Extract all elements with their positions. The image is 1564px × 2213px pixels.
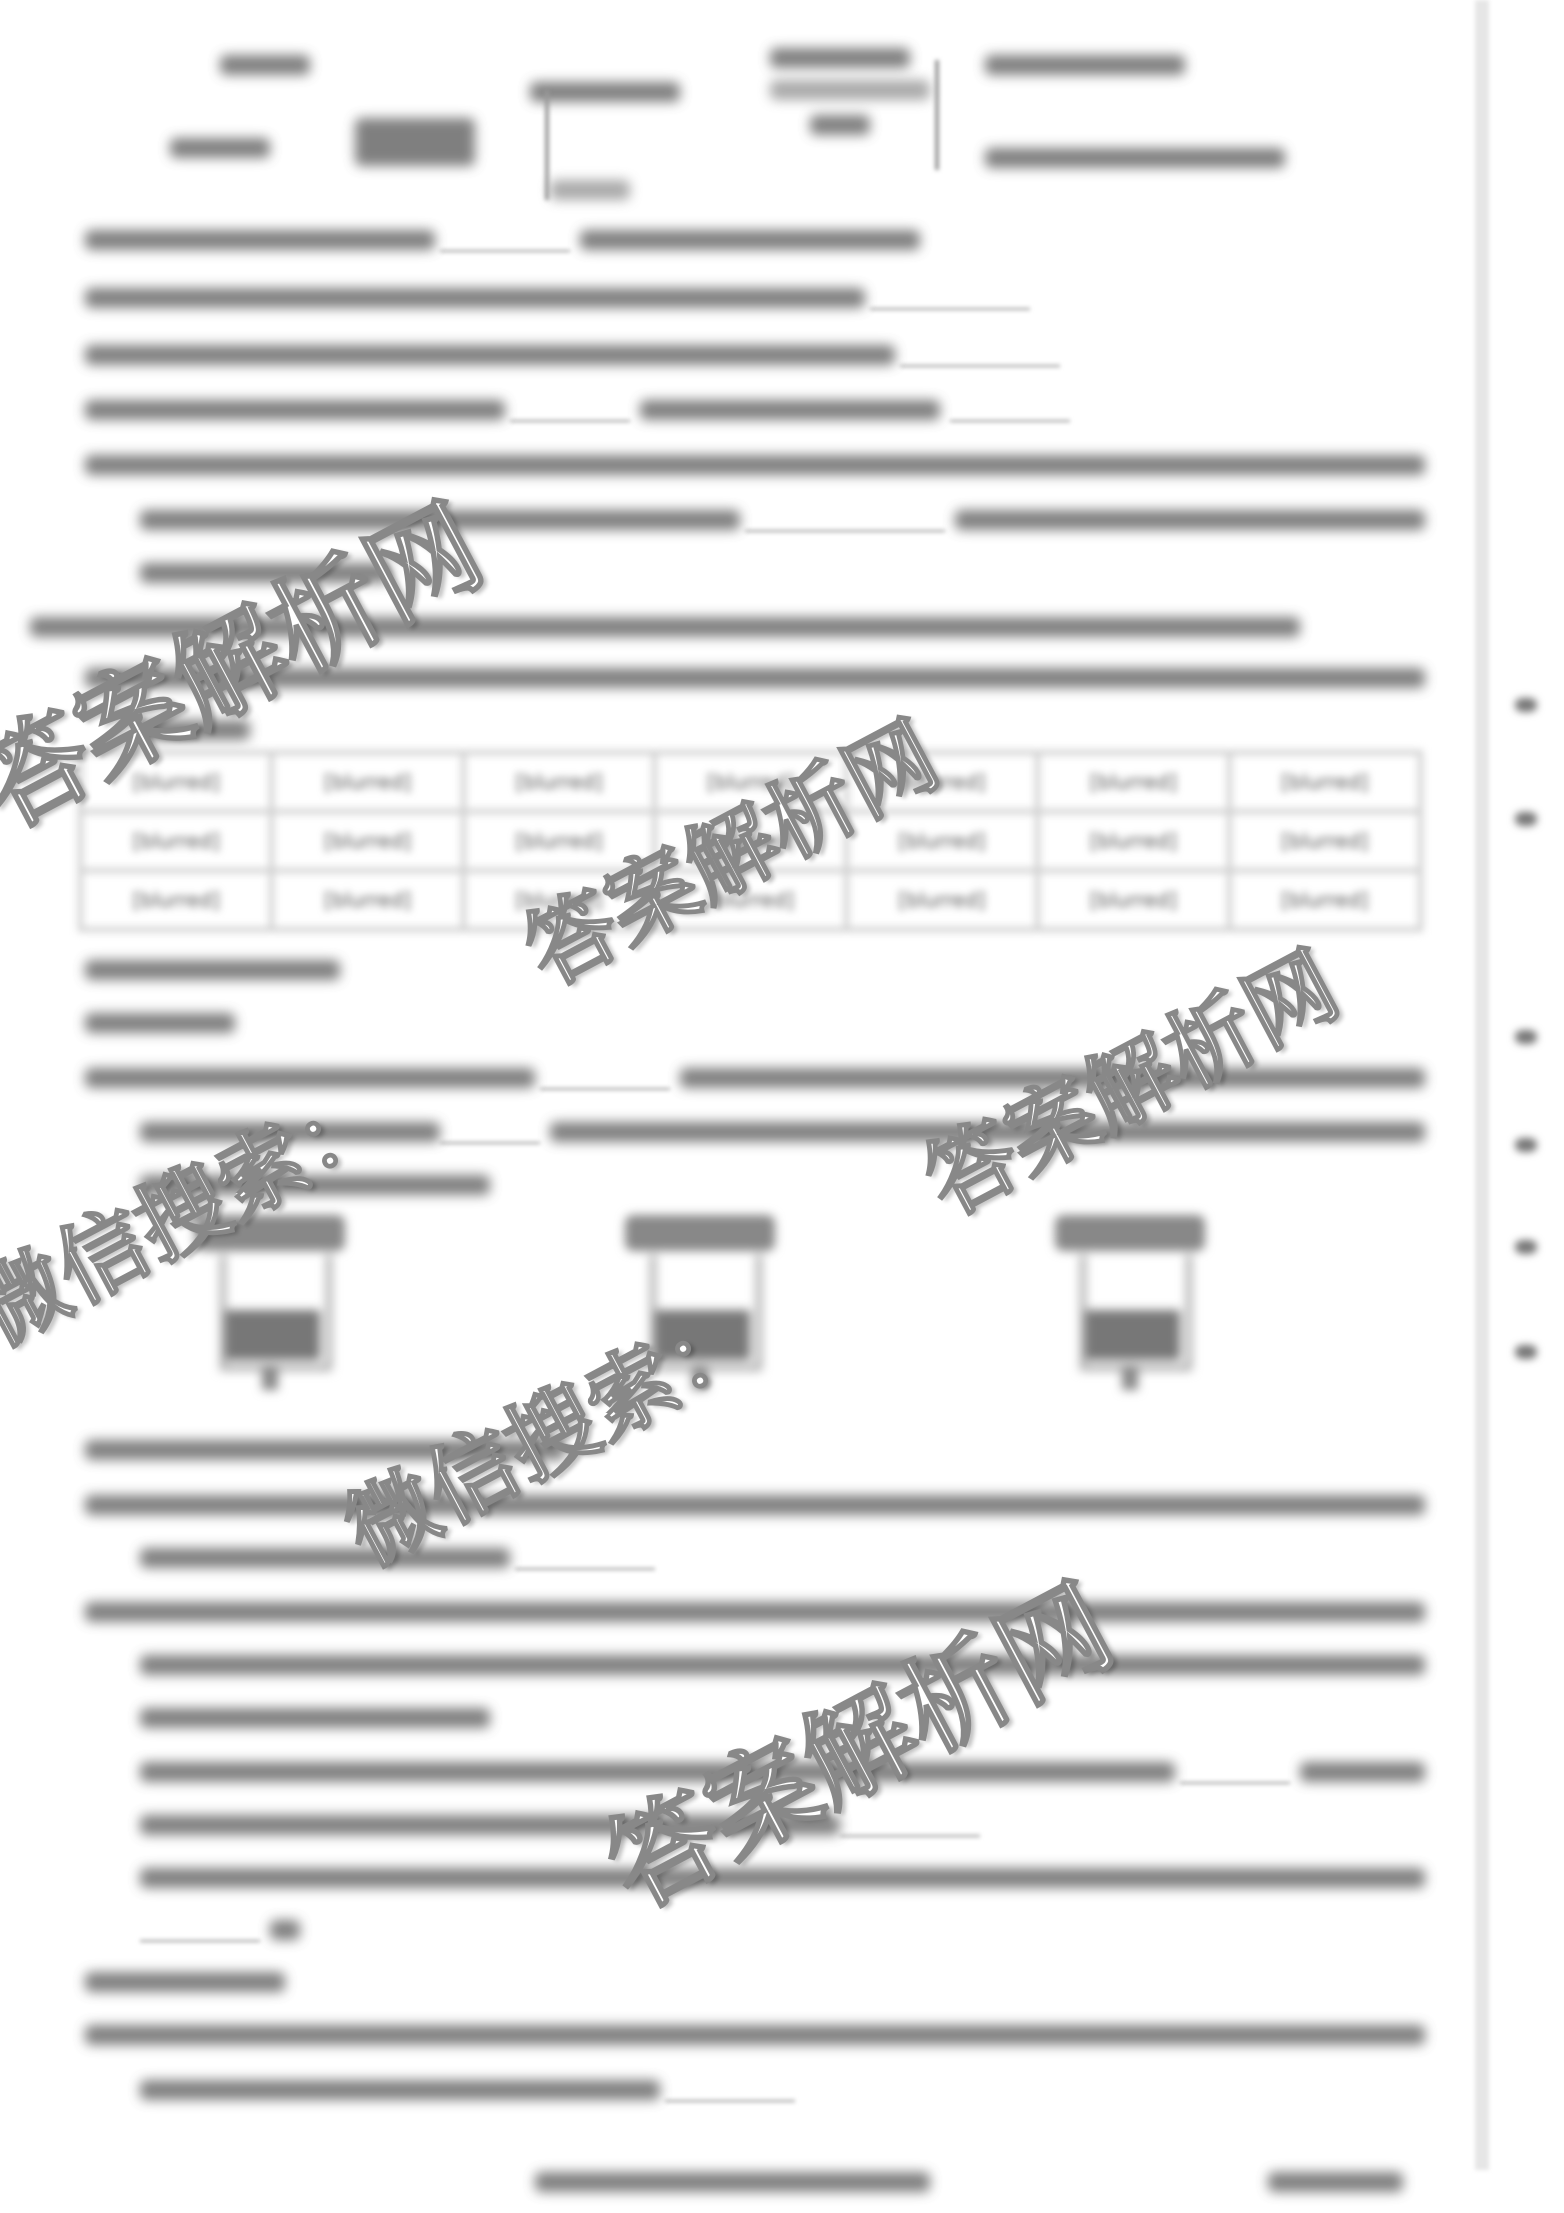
binding-mark: [1515, 1345, 1537, 1359]
beaker-figure-3: [1070, 1215, 1190, 1385]
binding-mark: [1515, 1240, 1537, 1254]
watermark-search: 微信搜索：: [319, 1264, 777, 1590]
footer-page-number: [1268, 2172, 1403, 2192]
binding-mark: [1515, 1030, 1537, 1044]
footer-center: [535, 2172, 930, 2192]
binding-mark: [1515, 698, 1537, 712]
binding-mark: [1515, 812, 1537, 826]
binding-line: [1475, 0, 1489, 2170]
binding-mark: [1515, 1138, 1537, 1152]
watermark-search: 微信搜索：: [0, 1044, 407, 1370]
